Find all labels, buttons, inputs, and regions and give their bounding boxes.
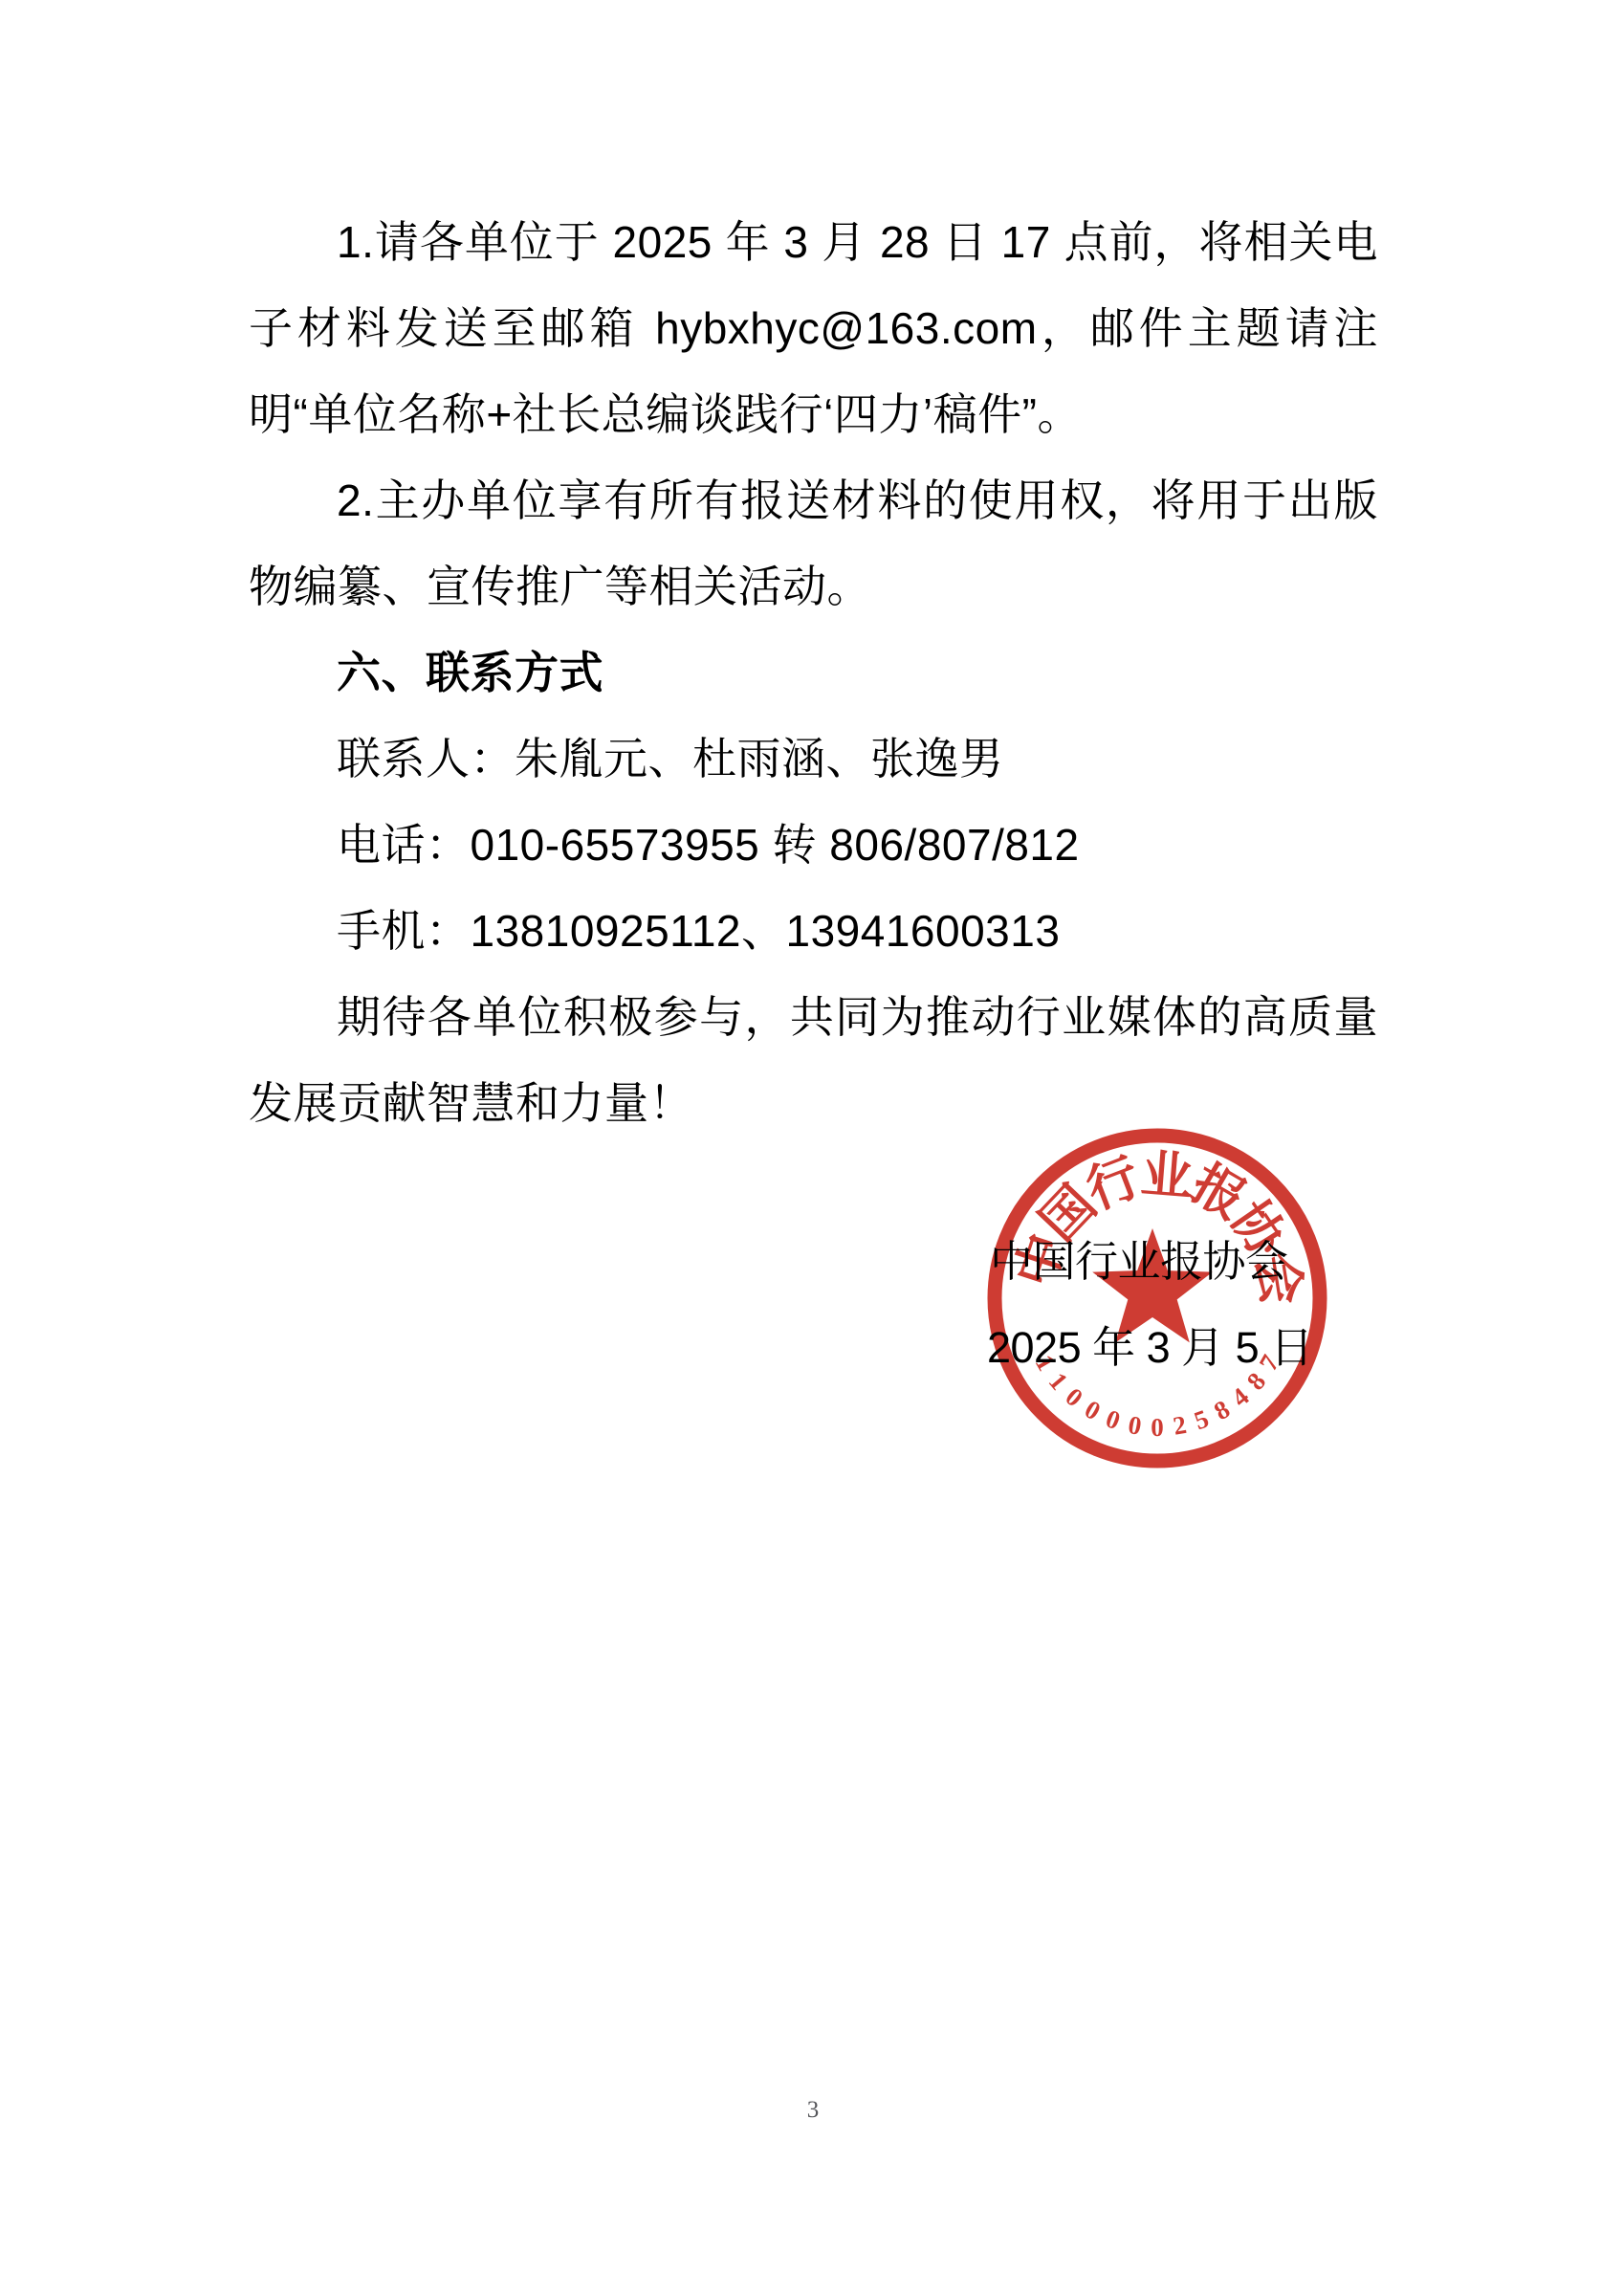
document-body: 1.请各单位于 2025 年 3 月 28 日 17 点前，将相关电子材料发送至…	[249, 199, 1378, 1146]
paragraph: 电话：010-65573955 转 806/807/812	[249, 802, 1378, 888]
stamp-serial-digit: 5	[1191, 1403, 1213, 1435]
signature-org: 中国行业报协会	[990, 1238, 1288, 1286]
stamp-serial-digit: 0	[1126, 1410, 1144, 1441]
stamp-serial-digit: 0	[1080, 1395, 1106, 1426]
paragraph: 2.主办单位享有所有报送材料的使用权，将用于出版物编纂、宣传推广等相关活动。	[249, 457, 1378, 629]
page-number: 3	[801, 2097, 824, 2124]
section-heading: 六、联系方式	[249, 629, 1378, 716]
stamp-serial-digit: 0	[1060, 1382, 1088, 1413]
document-page: 1.请各单位于 2025 年 3 月 28 日 17 点前，将相关电子材料发送至…	[0, 0, 1623, 2296]
official-stamp: 中国行业报协会 1100000258487	[976, 1119, 1339, 1483]
stamp-svg: 中国行业报协会 1100000258487	[976, 1119, 1339, 1483]
stamp-serial-digit: 0	[1102, 1403, 1124, 1435]
stamp-serial-digit: 8	[1209, 1395, 1235, 1426]
paragraph: 1.请各单位于 2025 年 3 月 28 日 17 点前，将相关电子材料发送至…	[249, 199, 1378, 457]
stamp-serial-digit: 2	[1171, 1410, 1189, 1441]
paragraph: 手机：13810925112、13941600313	[249, 888, 1378, 974]
stamp-serial-digit: 0	[1151, 1413, 1164, 1442]
signature-date: 2025 年 3 月 5 日	[987, 1324, 1313, 1372]
paragraph: 联系人：朱胤元、杜雨涵、张逸男	[249, 716, 1378, 802]
stamp-serial-digit: 4	[1226, 1382, 1255, 1413]
